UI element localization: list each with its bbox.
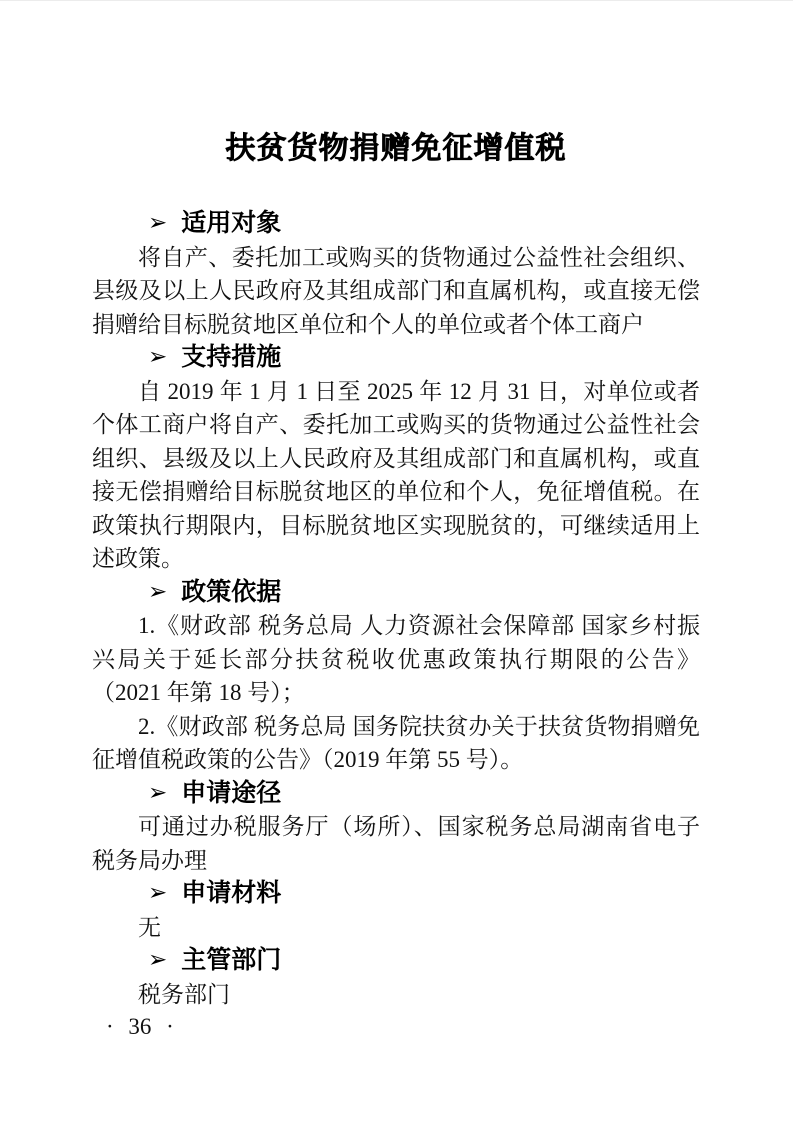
arrow-bullet-icon: ➢	[148, 943, 167, 977]
section-heading: ➢申请材料	[92, 877, 700, 911]
section-applicable-objects: ➢适用对象 将自产、委托加工或购买的货物通过公益性社会组织、县级及以上人民政府及…	[92, 207, 700, 341]
section-heading-label: 申请材料	[181, 879, 281, 907]
section-heading-label: 申请途径	[181, 779, 281, 807]
section-heading-label: 主管部门	[181, 946, 281, 974]
section-heading: ➢适用对象	[92, 207, 700, 241]
section-paragraph: 可通过办税服务厅（场所）、国家税务总局湖南省电子税务局办理	[92, 810, 700, 877]
section-heading: ➢支持措施	[92, 341, 700, 375]
section-paragraph: 将自产、委托加工或购买的货物通过公益性社会组织、县级及以上人民政府及其组成部门和…	[92, 241, 700, 342]
arrow-bullet-icon: ➢	[148, 776, 167, 810]
arrow-bullet-icon: ➢	[148, 575, 167, 609]
page-number: · 36 ·	[106, 1012, 174, 1042]
section-support-measures: ➢支持措施 自 2019 年 1 月 1 日至 2025 年 12 月 31 日…	[92, 341, 700, 576]
section-heading-label: 适用对象	[181, 209, 281, 237]
page-title: 扶贫货物捐赠免征增值税	[92, 129, 700, 169]
section-paragraph: 无	[92, 911, 700, 945]
document-page: 扶贫货物捐赠免征增值税 ➢适用对象 将自产、委托加工或购买的货物通过公益性社会组…	[0, 0, 793, 1123]
arrow-bullet-icon: ➢	[148, 206, 167, 240]
section-heading-label: 支持措施	[181, 343, 281, 371]
section-paragraph: 自 2019 年 1 月 1 日至 2025 年 12 月 31 日，对单位或者…	[92, 375, 700, 576]
section-application-materials: ➢申请材料 无	[92, 877, 700, 944]
section-competent-department: ➢主管部门 税务部门	[92, 944, 700, 1011]
arrow-bullet-icon: ➢	[148, 340, 167, 374]
section-policy-basis: ➢政策依据 1.《财政部 税务总局 人力资源社会保障部 国家乡村振兴局关于延长部…	[92, 576, 700, 777]
section-heading: ➢申请途径	[92, 777, 700, 811]
arrow-bullet-icon: ➢	[148, 876, 167, 910]
section-paragraph: 1.《财政部 税务总局 人力资源社会保障部 国家乡村振兴局关于延长部分扶贫税收优…	[92, 609, 700, 710]
page-content: 扶贫货物捐赠免征增值税 ➢适用对象 将自产、委托加工或购买的货物通过公益性社会组…	[92, 129, 700, 1011]
section-heading: ➢主管部门	[92, 944, 700, 978]
section-heading-label: 政策依据	[181, 578, 281, 606]
section-paragraph: 税务部门	[92, 978, 700, 1012]
section-paragraph: 2.《财政部 税务总局 国务院扶贫办关于扶贫货物捐赠免征增值税政策的公告》（20…	[92, 710, 700, 777]
section-heading: ➢政策依据	[92, 576, 700, 610]
section-application-channel: ➢申请途径 可通过办税服务厅（场所）、国家税务总局湖南省电子税务局办理	[92, 777, 700, 878]
